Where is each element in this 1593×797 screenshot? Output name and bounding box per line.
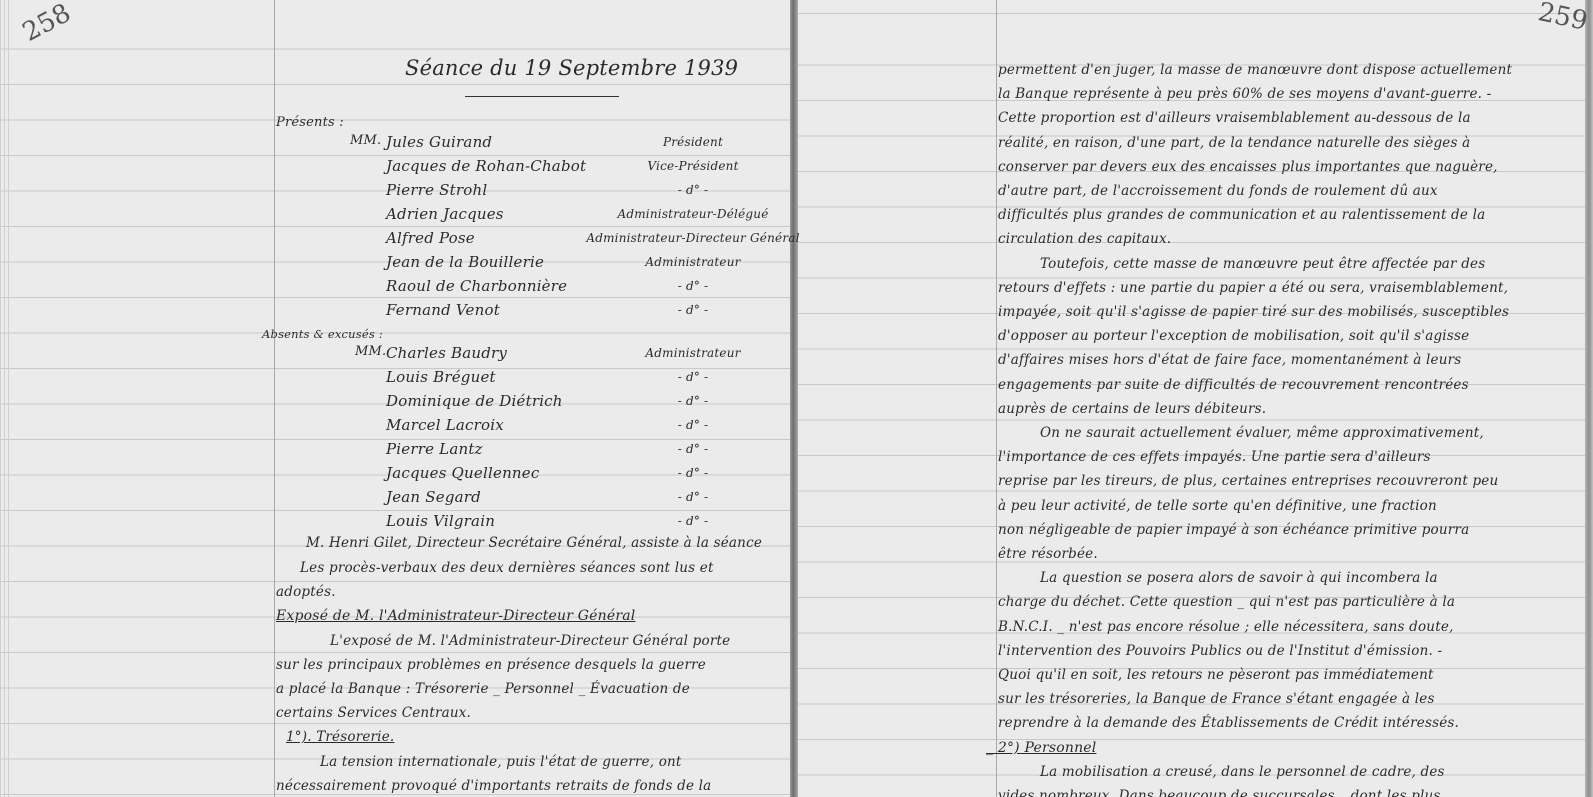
attendee-role: - d° - [678, 490, 709, 504]
paragraph-line: l'intervention des Pouvoirs Publics ou d… [998, 643, 1442, 659]
paragraph-line: permettent d'en juger, la masse de manœu… [998, 62, 1512, 78]
paragraph-line: auprès de certains de leurs débiteurs. [998, 401, 1266, 417]
attendee-role: - d° - [678, 442, 709, 456]
presents-label: Présents : [276, 115, 344, 130]
title-prefix: MM. [350, 133, 381, 148]
paragraph-line: reprendre à la demande des Établissement… [998, 715, 1459, 731]
attendee-role: - d° - [678, 514, 709, 528]
absents-label: Absents & excusés : [262, 327, 383, 341]
attendee-role: Administrateur-Délégué [617, 207, 768, 221]
paragraph-line: sur les trésoreries, la Banque de France… [998, 691, 1435, 707]
subsection-line: La mobilisation a creusé, dans le person… [1040, 764, 1445, 780]
attendee-name: Alfred Pose [386, 229, 475, 247]
subsection-line: nécessairement provoqué d'importants ret… [276, 778, 711, 794]
paragraph-line: réalité, en raison, d'une part, de la te… [998, 135, 1470, 151]
attendee-name: Jean Segard [386, 488, 481, 506]
body-line: M. Henri Gilet, Directeur Secrétaire Gén… [306, 535, 762, 551]
attendee-role: - d° - [678, 466, 709, 480]
paragraph-line: B.N.C.I. _ n'est pas encore résolue ; el… [998, 619, 1454, 635]
attendee-role: - d° - [678, 303, 709, 317]
section-line: sur les principaux problèmes en présence… [276, 657, 706, 673]
paragraph-line: charge du déchet. Cette question _ qui n… [998, 594, 1455, 610]
paragraph-line: circulation des capitaux. [998, 231, 1171, 247]
paragraph-line: La question se posera alors de savoir à … [1040, 570, 1438, 586]
attendee-name: Charles Baudry [386, 344, 507, 362]
section-line: a placé la Banque : Trésorerie _ Personn… [276, 681, 690, 697]
attendee-name: Fernand Venot [386, 301, 500, 319]
paragraph-line: d'autre part, de l'accroissement du fond… [998, 183, 1438, 199]
session-title: Séance du 19 Septembre 1939 [405, 56, 738, 80]
attendee-name: Pierre Lantz [386, 440, 483, 458]
subsection-heading: _ 2°) Personnel [986, 740, 1096, 756]
attendee-role: Président [663, 135, 723, 149]
page-edge [0, 0, 12, 797]
margin-line-left [274, 0, 275, 797]
paragraph-line: reprise par les tireurs, de plus, certai… [998, 473, 1498, 489]
paragraph-line: d'opposer au porteur l'exception de mobi… [998, 328, 1469, 344]
attendee-name: Jean de la Bouillerie [386, 253, 544, 271]
attendee-name: Jacques de Rohan-Chabot [386, 157, 586, 175]
attendee-name: Jacques Quellennec [386, 464, 539, 482]
attendee-name: Jules Guirand [386, 133, 492, 151]
paragraph-line: la Banque représente à peu près 60% de s… [998, 86, 1491, 102]
paragraph-line: Quoi qu'il en soit, les retours ne pèser… [998, 667, 1434, 683]
attendee-name: Dominique de Diétrich [386, 392, 563, 410]
paragraph-line: conserver par devers eux des encaisses p… [998, 159, 1498, 175]
attendee-role: Vice-Président [647, 159, 738, 173]
paragraph-line: impayée, soit qu'il s'agisse de papier t… [998, 304, 1509, 320]
body-line: Les procès-verbaux des deux dernières sé… [300, 560, 714, 576]
attendee-name: Pierre Strohl [386, 181, 487, 199]
title-prefix: MM. [355, 344, 386, 359]
attendee-name: Raoul de Charbonnière [386, 277, 567, 295]
paragraph-line: engagements par suite de difficultés de … [998, 377, 1469, 393]
section-line: L'exposé de M. l'Administrateur-Directeu… [330, 633, 730, 649]
attendee-role: - d° - [678, 183, 709, 197]
section-line: certains Services Centraux. [276, 705, 471, 721]
margin-line-right [996, 0, 997, 797]
attendee-role: - d° - [678, 279, 709, 293]
attendee-role: - d° - [678, 370, 709, 384]
page-edge-right [1585, 0, 1593, 797]
paragraph-line: d'affaires mises hors d'état de faire fa… [998, 352, 1461, 368]
attendee-name: Marcel Lacroix [386, 416, 504, 434]
attendee-name: Louis Vilgrain [386, 512, 495, 530]
attendee-role: - d° - [678, 418, 709, 432]
attendee-name: Louis Bréguet [386, 368, 496, 386]
attendee-role: - d° - [678, 394, 709, 408]
paragraph-line: On ne saurait actuellement évaluer, même… [1040, 425, 1484, 441]
paragraph-line: retours d'effets : une partie du papier … [998, 280, 1508, 296]
attendee-role: Administrateur [645, 255, 740, 269]
book-spine [790, 0, 798, 797]
body-line: adoptés. [276, 584, 336, 600]
title-underline [465, 96, 619, 97]
paragraph-line: Toutefois, cette masse de manœuvre peut … [1040, 256, 1485, 272]
section-heading: Exposé de M. l'Administrateur-Directeur … [276, 608, 635, 624]
paragraph-line: l'importance de ces effets impayés. Une … [998, 449, 1431, 465]
subsection-heading: 1°). Trésorerie. [286, 729, 394, 745]
attendee-role: Administrateur [645, 346, 740, 360]
paragraph-line: à peu leur activité, de telle sorte qu'e… [998, 498, 1437, 514]
paragraph-line: difficultés plus grandes de communicatio… [998, 207, 1485, 223]
paragraph-line: non négligeable de papier impayé à son é… [998, 522, 1469, 538]
attendee-name: Adrien Jacques [386, 205, 504, 223]
paragraph-line: Cette proportion est d'ailleurs vraisemb… [998, 110, 1471, 126]
attendee-role: Administrateur-Directeur Général [586, 231, 799, 245]
paragraph-line: être résorbée. [998, 546, 1098, 562]
subsection-line: vides nombreux. Dans beaucoup de succurs… [998, 788, 1441, 797]
subsection-line: La tension internationale, puis l'état d… [320, 754, 682, 770]
